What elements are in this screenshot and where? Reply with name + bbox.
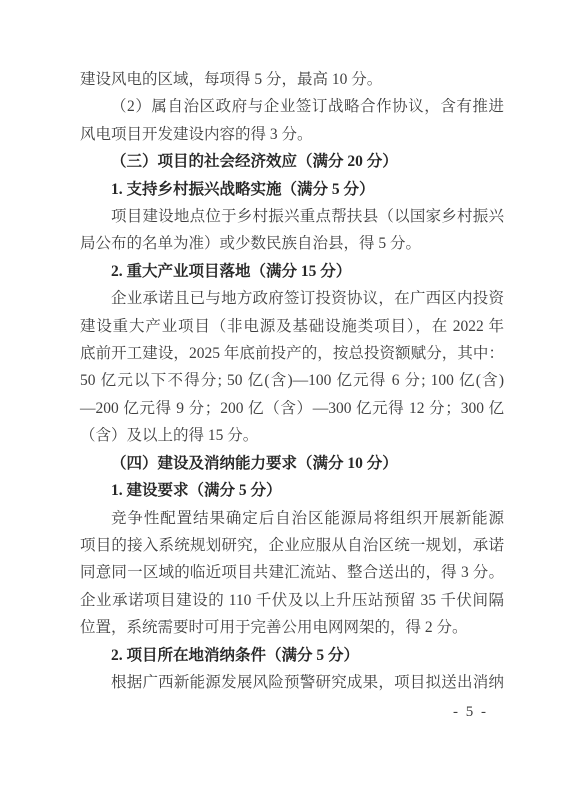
- text-line: 根据广西新能源发展风险预警研究成果，项目拟送出消纳: [80, 669, 504, 696]
- page-number: - 5 -: [453, 704, 488, 721]
- document-body: 建设风电的区域，每项得 5 分，最高 10 分。（2）属自治区政府与企业签订战略…: [80, 66, 504, 696]
- heading-line: 1. 支持乡村振兴战略实施（满分 5 分）: [80, 176, 504, 203]
- text-line: 底前开工建设，2025 年底前投产的，按总投资额赋分，其中：: [80, 340, 504, 367]
- text-line: 项目的接入系统规划研究，企业应服从自治区统一规划，承诺: [80, 532, 504, 559]
- text-line: （含）及以上的得 15 分。: [80, 422, 504, 449]
- text-line: —200 亿元得 9 分；200 亿（含）—300 亿元得 12 分；300 亿: [80, 395, 504, 422]
- text-line: 50 亿元以下不得分; 50 亿(含)—100 亿元得 6 分; 100 亿(含…: [80, 367, 504, 394]
- text-line: 建设重大产业项目（非电源及基础设施类项目），在 2022 年: [80, 313, 504, 340]
- heading-line: 1. 建设要求（满分 5 分）: [80, 477, 504, 504]
- text-line: 项目建设地点位于乡村振兴重点帮扶县（以国家乡村振兴: [80, 203, 504, 230]
- text-line: 同意同一区域的临近项目共建汇流站、整合送出的，得 3 分。: [80, 559, 504, 586]
- text-line: 建设风电的区域，每项得 5 分，最高 10 分。: [80, 66, 504, 93]
- heading-line: 2. 重大产业项目落地（满分 15 分）: [80, 258, 504, 285]
- text-line: 风电项目开发建设内容的得 3 分。: [80, 121, 504, 148]
- text-line: （2）属自治区政府与企业签订战略合作协议，含有推进: [80, 93, 504, 120]
- text-line: 局公布的名单为准）或少数民族自治县，得 5 分。: [80, 230, 504, 257]
- heading-line: （四）建设及消纳能力要求（满分 10 分）: [80, 450, 504, 477]
- text-line: 企业承诺且已与地方政府签订投资协议，在广西区内投资: [80, 285, 504, 312]
- document-page: 建设风电的区域，每项得 5 分，最高 10 分。（2）属自治区政府与企业签订战略…: [0, 0, 565, 800]
- text-line: 位置，系统需要时可用于完善公用电网网架的，得 2 分。: [80, 614, 504, 641]
- heading-line: 2. 项目所在地消纳条件（满分 5 分）: [80, 642, 504, 669]
- heading-line: （三）项目的社会经济效应（满分 20 分）: [80, 148, 504, 175]
- text-line: 竞争性配置结果确定后自治区能源局将组织开展新能源: [80, 505, 504, 532]
- text-line: 企业承诺项目建设的 110 千伏及以上升压站预留 35 千伏间隔: [80, 587, 504, 614]
